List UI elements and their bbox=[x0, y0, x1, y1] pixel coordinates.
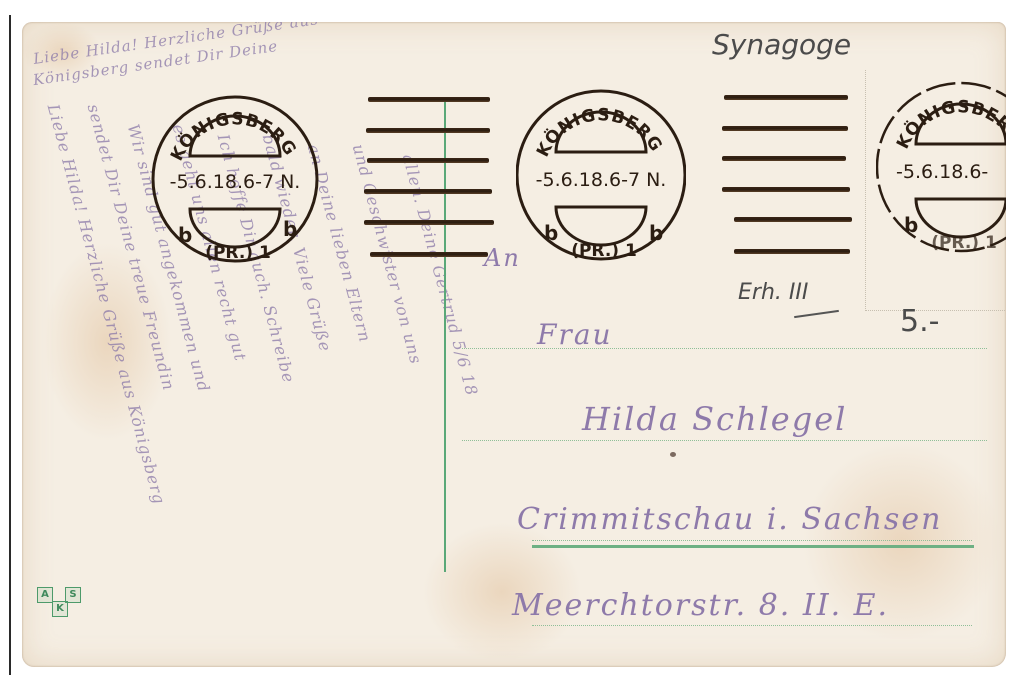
address-line bbox=[532, 540, 972, 541]
postcard: Liebe Hilda! Herzliche Grüße aus Königsb… bbox=[22, 22, 1006, 667]
postmark-circle: KÖNIGSBERG -5.6.18.6- b (PR.) 1 bbox=[876, 72, 1006, 262]
svg-text:(PR.) 1: (PR.) 1 bbox=[205, 243, 271, 263]
pencil-note-erh: Erh. III bbox=[738, 280, 808, 305]
cancel-bar bbox=[364, 189, 492, 194]
cancel-bar bbox=[722, 126, 848, 131]
logo-letter-a: A bbox=[37, 587, 53, 603]
pencil-note-price: 5.- bbox=[900, 304, 939, 339]
address-name: Hilda Schlegel bbox=[582, 400, 847, 438]
publisher-logo: A S K bbox=[37, 587, 83, 623]
cancel-bar bbox=[370, 252, 488, 257]
svg-text:(PR.) 1: (PR.) 1 bbox=[571, 241, 637, 261]
pencil-underline bbox=[794, 310, 839, 318]
cancel-bar bbox=[367, 158, 489, 163]
ink-dot bbox=[670, 452, 676, 457]
postmark: KÖNIGSBERG -5.6.18.6-7 N. b b (PR.) 1 bbox=[150, 84, 320, 274]
svg-text:b: b bbox=[904, 213, 918, 237]
address-salutation: Frau bbox=[537, 318, 613, 351]
svg-text:(PR.) 1: (PR.) 1 bbox=[931, 233, 997, 253]
cancel-bar bbox=[734, 249, 850, 254]
address-line bbox=[532, 625, 972, 626]
svg-text:b: b bbox=[544, 221, 558, 245]
pencil-note-synagoge: Synagoge bbox=[712, 28, 851, 61]
svg-text:-5.6.18.6-: -5.6.18.6- bbox=[896, 161, 988, 183]
cancellation-bars bbox=[722, 94, 852, 264]
address-city: Crimmitschau i. Sachsen bbox=[517, 502, 942, 537]
postmark: KÖNIGSBERG -5.6.18.6-7 N. b b (PR.) 1 bbox=[516, 80, 686, 270]
cancel-bar bbox=[722, 156, 846, 161]
logo-letter-k: K bbox=[52, 601, 68, 617]
cancel-bar bbox=[724, 95, 848, 100]
cancel-bar bbox=[368, 97, 490, 102]
cancel-bar bbox=[734, 217, 852, 222]
cancel-bar bbox=[366, 128, 490, 133]
svg-text:b: b bbox=[649, 221, 663, 245]
svg-text:b: b bbox=[178, 223, 192, 247]
address-line bbox=[462, 440, 987, 441]
postmark-circle: KÖNIGSBERG -5.6.18.6-7 N. b b (PR.) 1 bbox=[150, 84, 320, 274]
address-underline bbox=[532, 545, 974, 548]
postmark: KÖNIGSBERG -5.6.18.6- b (PR.) 1 bbox=[876, 72, 1006, 262]
scan-edge bbox=[9, 15, 11, 675]
cancellation-bars bbox=[362, 94, 492, 264]
cancel-bar bbox=[722, 187, 850, 192]
cancel-bar bbox=[364, 220, 494, 225]
svg-text:-5.6.18.6-7 N.: -5.6.18.6-7 N. bbox=[170, 171, 301, 193]
postmark-circle: KÖNIGSBERG -5.6.18.6-7 N. b b (PR.) 1 bbox=[516, 80, 686, 270]
svg-text:-5.6.18.6-7 N.: -5.6.18.6-7 N. bbox=[536, 169, 667, 191]
svg-text:b: b bbox=[283, 217, 297, 241]
address-street: Meerchtorstr. 8. II. E. bbox=[512, 588, 889, 623]
